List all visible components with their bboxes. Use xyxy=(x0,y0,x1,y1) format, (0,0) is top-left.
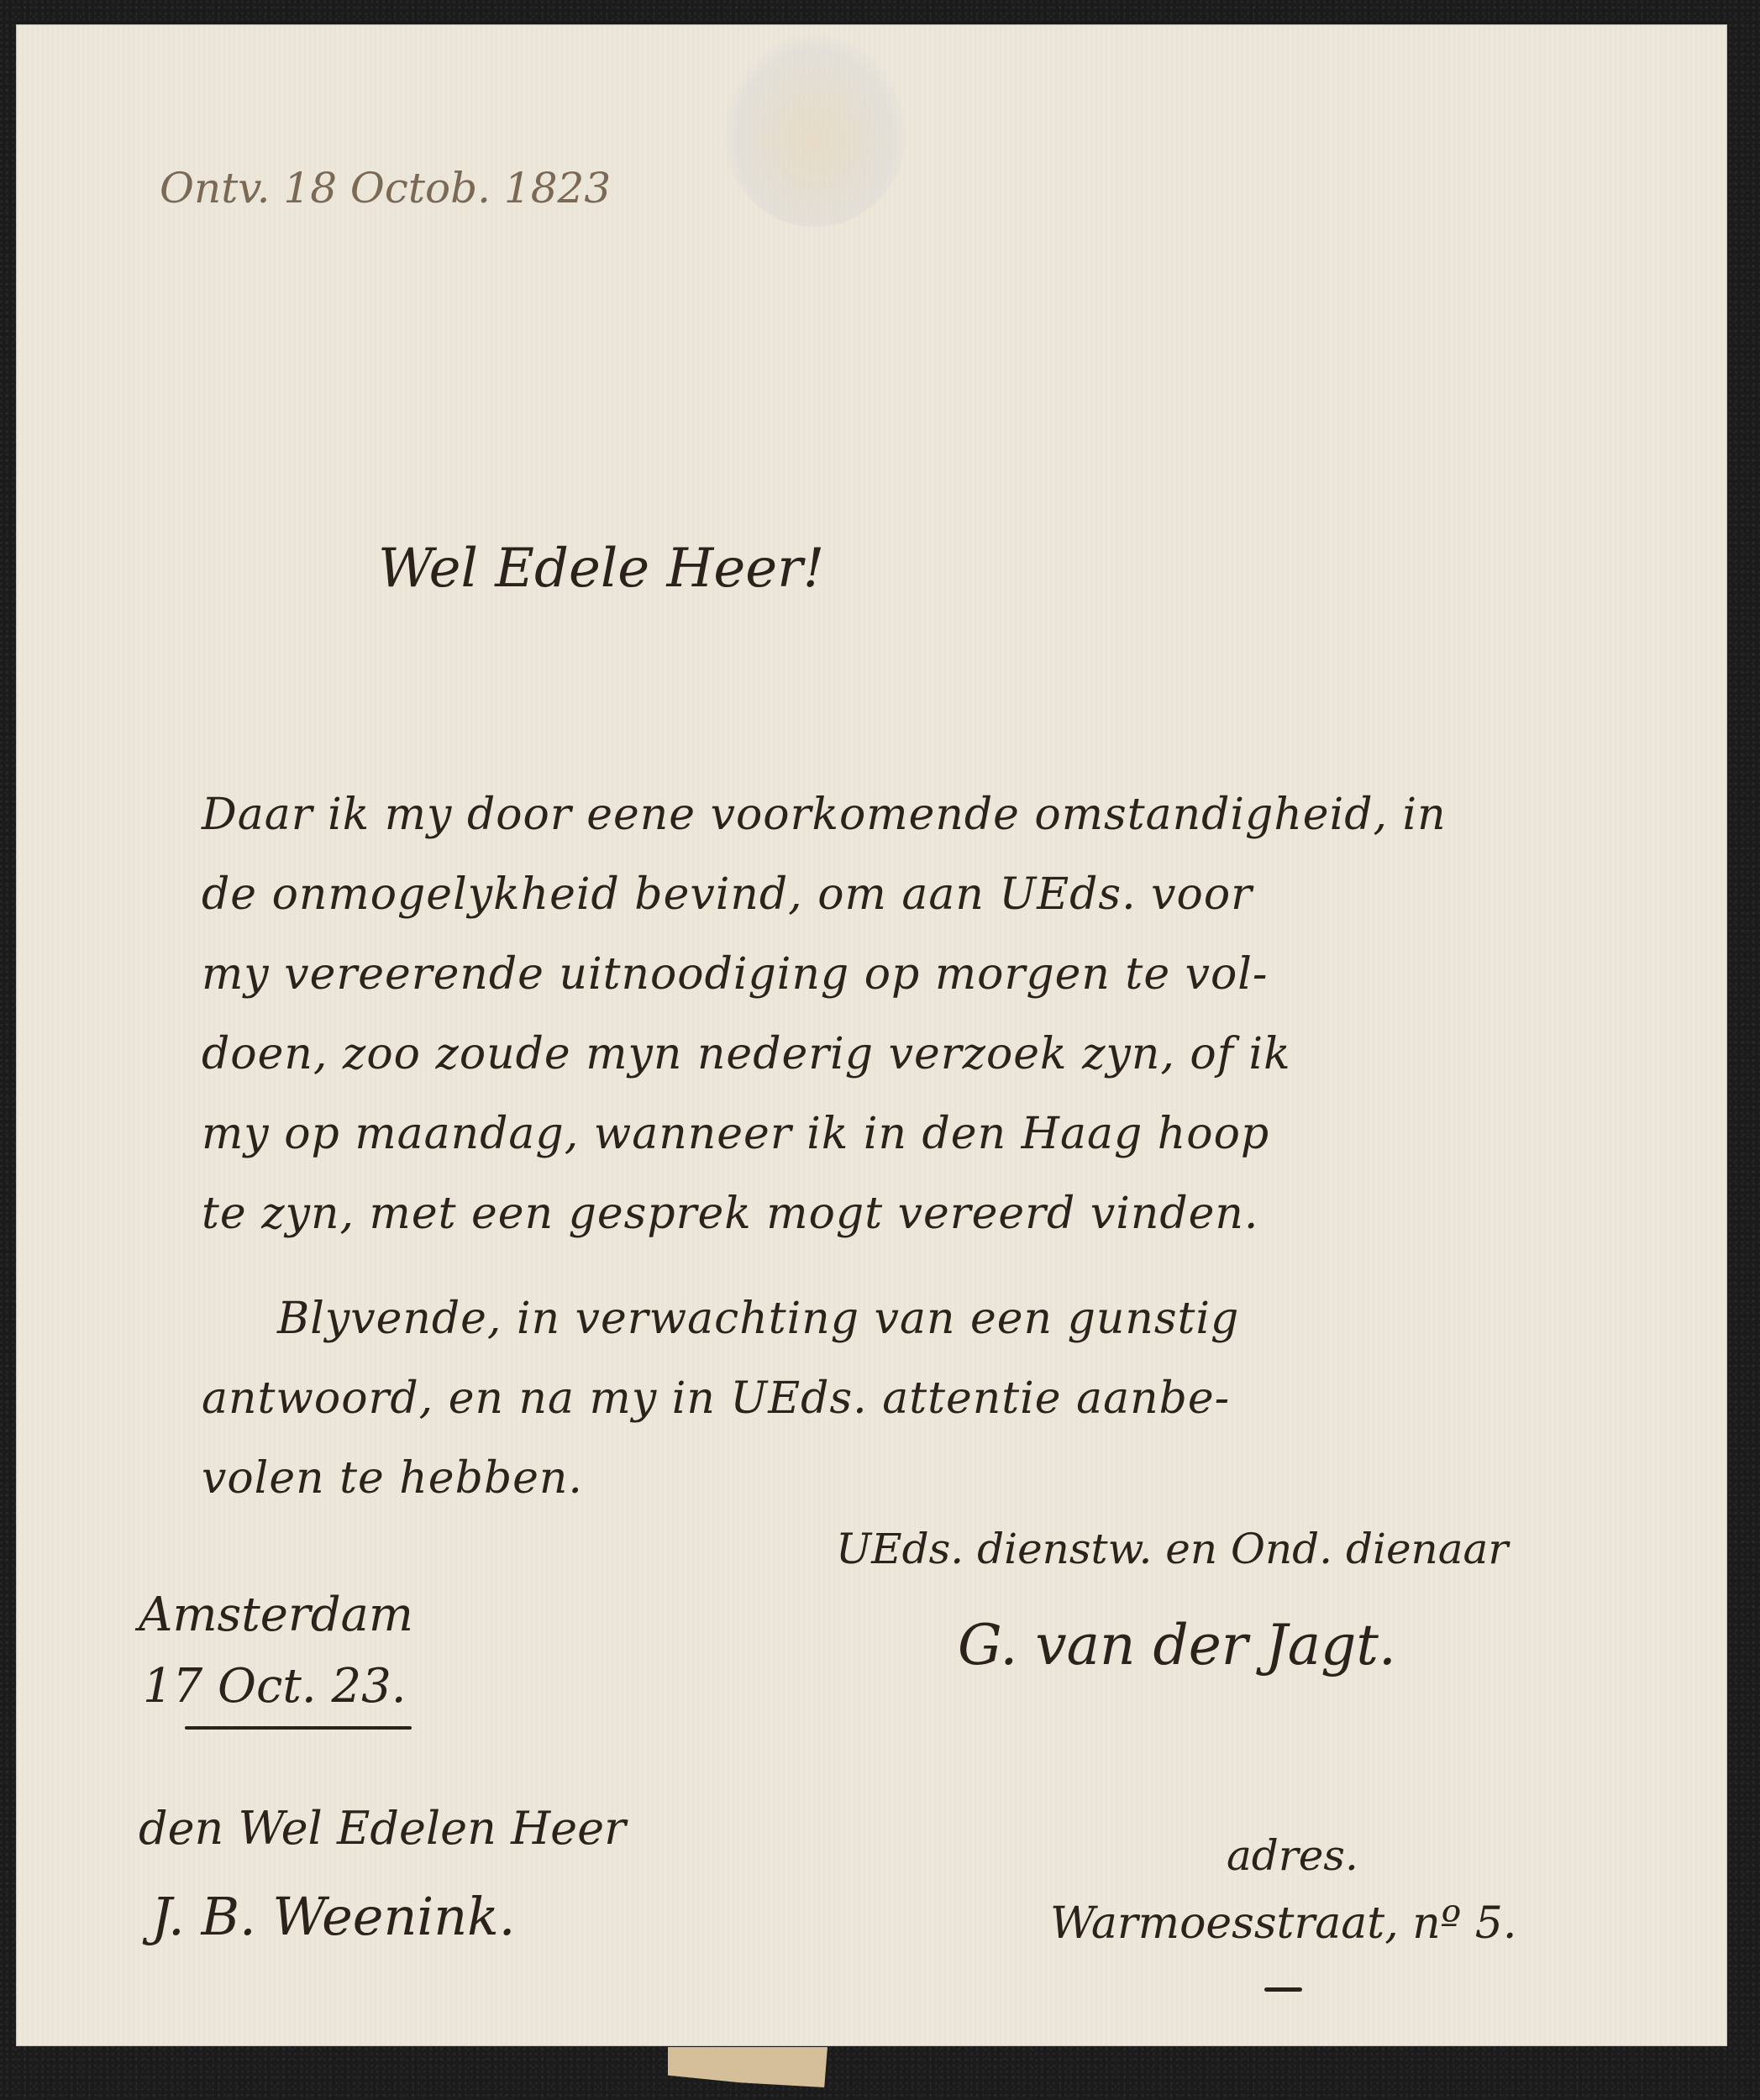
signature: G. van der Jagt. xyxy=(958,1613,1396,1677)
receipt-annotation: Ontv. 18 Octob. 1823 xyxy=(160,164,611,213)
place-of-writing: Amsterdam xyxy=(139,1588,413,1642)
letter-paper: Ontv. 18 Octob. 1823 Wel Edele Heer! Daa… xyxy=(17,25,1726,2045)
seal-stain xyxy=(722,34,907,227)
body-line: de onmogelykheid bevind, om aan UEds. vo… xyxy=(202,869,1253,920)
valediction: UEds. dienstw. en Ond. dienaar xyxy=(836,1525,1508,1573)
closing-line: antwoord, en na my in UEds. attentie aan… xyxy=(202,1373,1230,1424)
body-line: te zyn, met een gesprek mogt vereerd vin… xyxy=(202,1189,1258,1239)
mounting-tab xyxy=(668,2047,827,2087)
letter-date: 17 Oct. 23. xyxy=(143,1659,407,1714)
closing-line: volen te hebben. xyxy=(202,1453,583,1504)
body-line: my vereerende uitnoodiging op morgen te … xyxy=(202,949,1269,1000)
body-line: doen, zoo zoude myn nederig verzoek zyn,… xyxy=(202,1029,1291,1079)
body-line: my op maandag, wanneer ik in den Haag ho… xyxy=(202,1109,1269,1159)
salutation: Wel Edele Heer! xyxy=(378,538,824,600)
addressee-title: den Wel Edelen Heer xyxy=(139,1802,626,1855)
address-label: adres. xyxy=(1227,1831,1358,1880)
body-line: Daar ik my door eene voorkomende omstand… xyxy=(202,790,1447,840)
addressee-name: J. B. Weenink. xyxy=(151,1886,515,1947)
address-street: Warmoesstraat, nº 5. xyxy=(1050,1898,1516,1949)
date-underline xyxy=(185,1726,412,1730)
closing-line: Blyvende, in verwachting van een gunstig xyxy=(277,1294,1239,1344)
address-dash xyxy=(1264,1987,1302,1992)
